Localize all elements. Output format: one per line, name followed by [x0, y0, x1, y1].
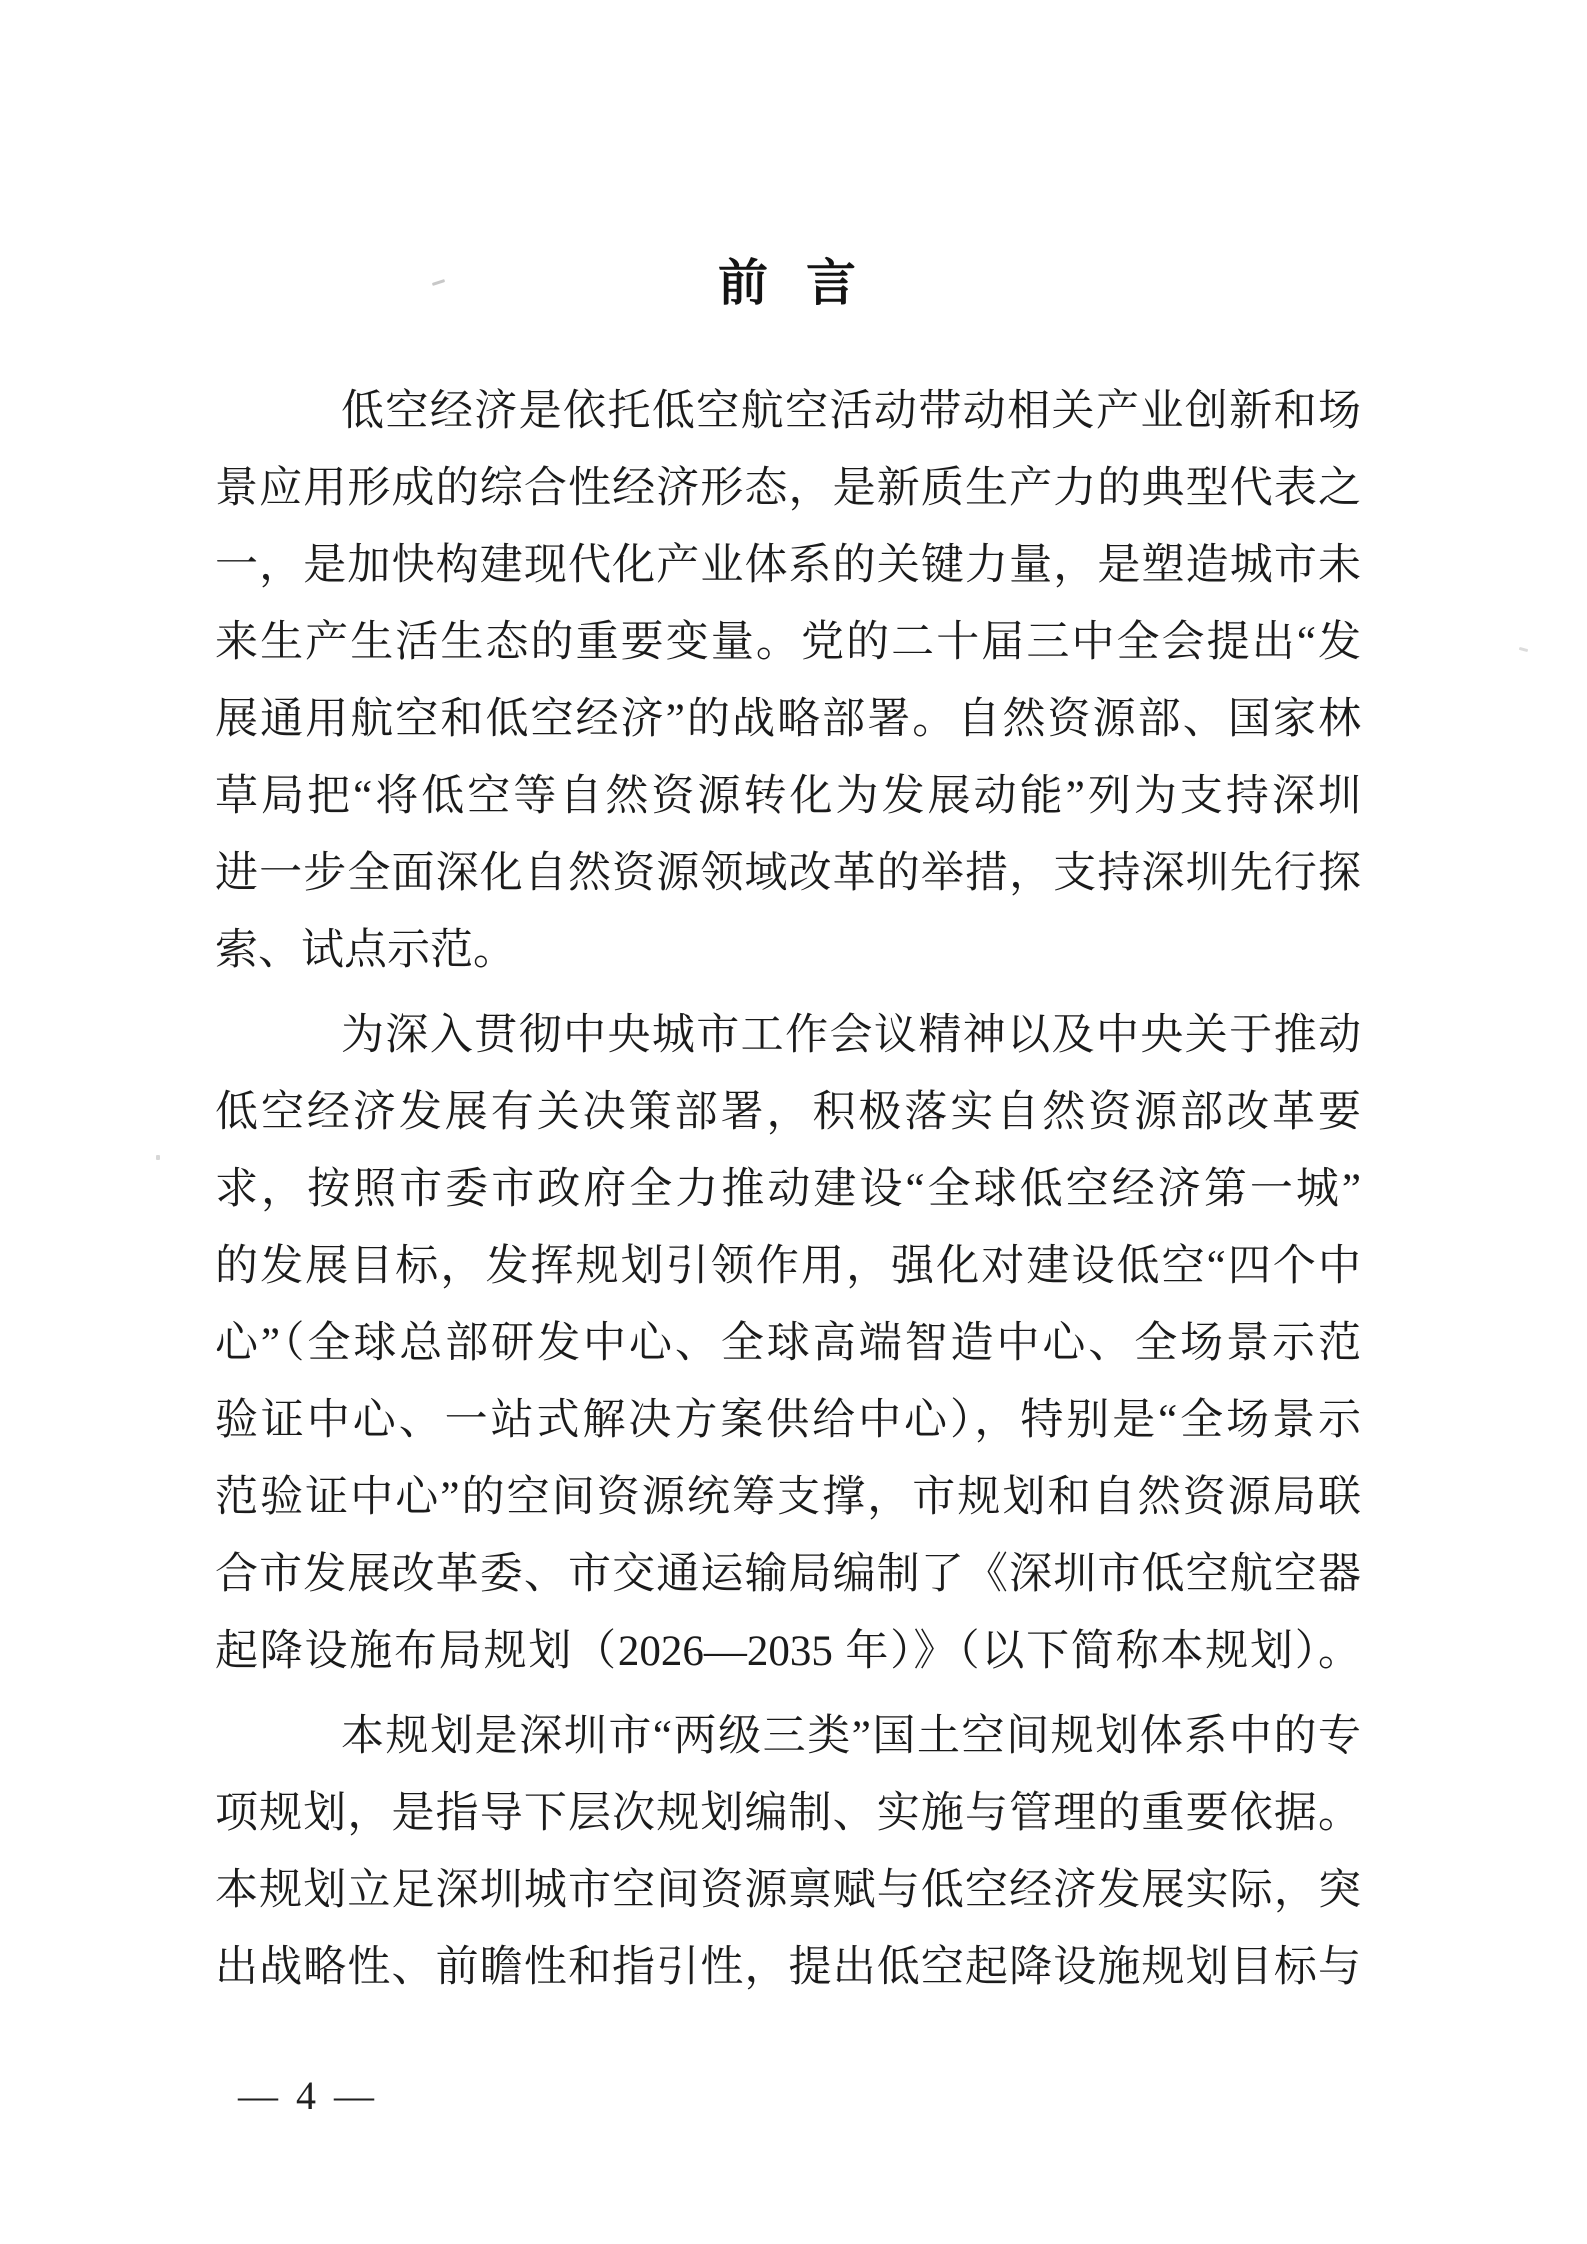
text-line: 景应用形成的综合性经济形态，是新质生产力的典型代表之 [215, 450, 1361, 527]
text-line: 来生产生活生态的重要变量。党的二十届三中全会提出“发 [215, 604, 1361, 681]
text-line: 本规划是深圳市“两级三类”国土空间规划体系中的专 [215, 1698, 1361, 1775]
text-line: 验证中心、一站式解决方案供给中心），特别是“全场景示 [215, 1382, 1361, 1459]
text-line: 起降设施布局规划（2026—2035 年）》（以下简称本规划）。 [215, 1613, 1361, 1690]
text-line: 一，是加快构建现代化产业体系的关键力量，是塑造城市未 [215, 527, 1361, 604]
page-title: 前 言 [215, 245, 1361, 322]
document-body: 低空经济是依托低空航空活动带动相关产业创新和场 景应用形成的综合性经济形态，是新… [215, 373, 1361, 2006]
text-line: 合市发展改革委、市交通运输局编制了《深圳市低空航空器 [215, 1536, 1361, 1613]
text-line: 展通用航空和低空经济”的战略部署。自然资源部、国家林 [215, 681, 1361, 758]
text-line: 范验证中心”的空间资源统筹支撑，市规划和自然资源局联 [215, 1459, 1361, 1536]
paragraph-2: 为深入贯彻中央城市工作会议精神以及中央关于推动 低空经济发展有关决策部署，积极落… [215, 997, 1361, 1690]
text-line: 出战略性、前瞻性和指引性，提出低空起降设施规划目标与 [215, 1929, 1361, 2006]
page-number: — 4 — [238, 2058, 378, 2134]
text-line: 心”（全球总部研发中心、全球高端智造中心、全场景示范 [215, 1305, 1361, 1382]
text-line: 求，按照市委市政府全力推动建设“全球低空经济第一城” [215, 1151, 1361, 1228]
text-line: 低空经济是依托低空航空活动带动相关产业创新和场 [215, 373, 1361, 450]
text-line: 本规划立足深圳城市空间资源禀赋与低空经济发展实际，突 [215, 1852, 1361, 1929]
scan-artifact [1519, 647, 1528, 652]
text-line: 进一步全面深化自然资源领域改革的举措，支持深圳先行探 [215, 835, 1361, 912]
scan-artifact [156, 1155, 160, 1160]
text-line: 草局把“将低空等自然资源转化为发展动能”列为支持深圳 [215, 758, 1361, 835]
text-line: 为深入贯彻中央城市工作会议精神以及中央关于推动 [215, 997, 1361, 1074]
text-line: 的发展目标，发挥规划引领作用，强化对建设低空“四个中 [215, 1228, 1361, 1305]
document-page: 前 言 低空经济是依托低空航空活动带动相关产业创新和场 景应用形成的综合性经济形… [0, 0, 1587, 2244]
text-line: 低空经济发展有关决策部署，积极落实自然资源部改革要 [215, 1074, 1361, 1151]
text-line: 索、试点示范。 [215, 912, 1361, 989]
paragraph-1: 低空经济是依托低空航空活动带动相关产业创新和场 景应用形成的综合性经济形态，是新… [215, 373, 1361, 989]
paragraph-3: 本规划是深圳市“两级三类”国土空间规划体系中的专 项规划，是指导下层次规划编制、… [215, 1698, 1361, 2006]
text-line: 项规划，是指导下层次规划编制、实施与管理的重要依据。 [215, 1775, 1361, 1852]
